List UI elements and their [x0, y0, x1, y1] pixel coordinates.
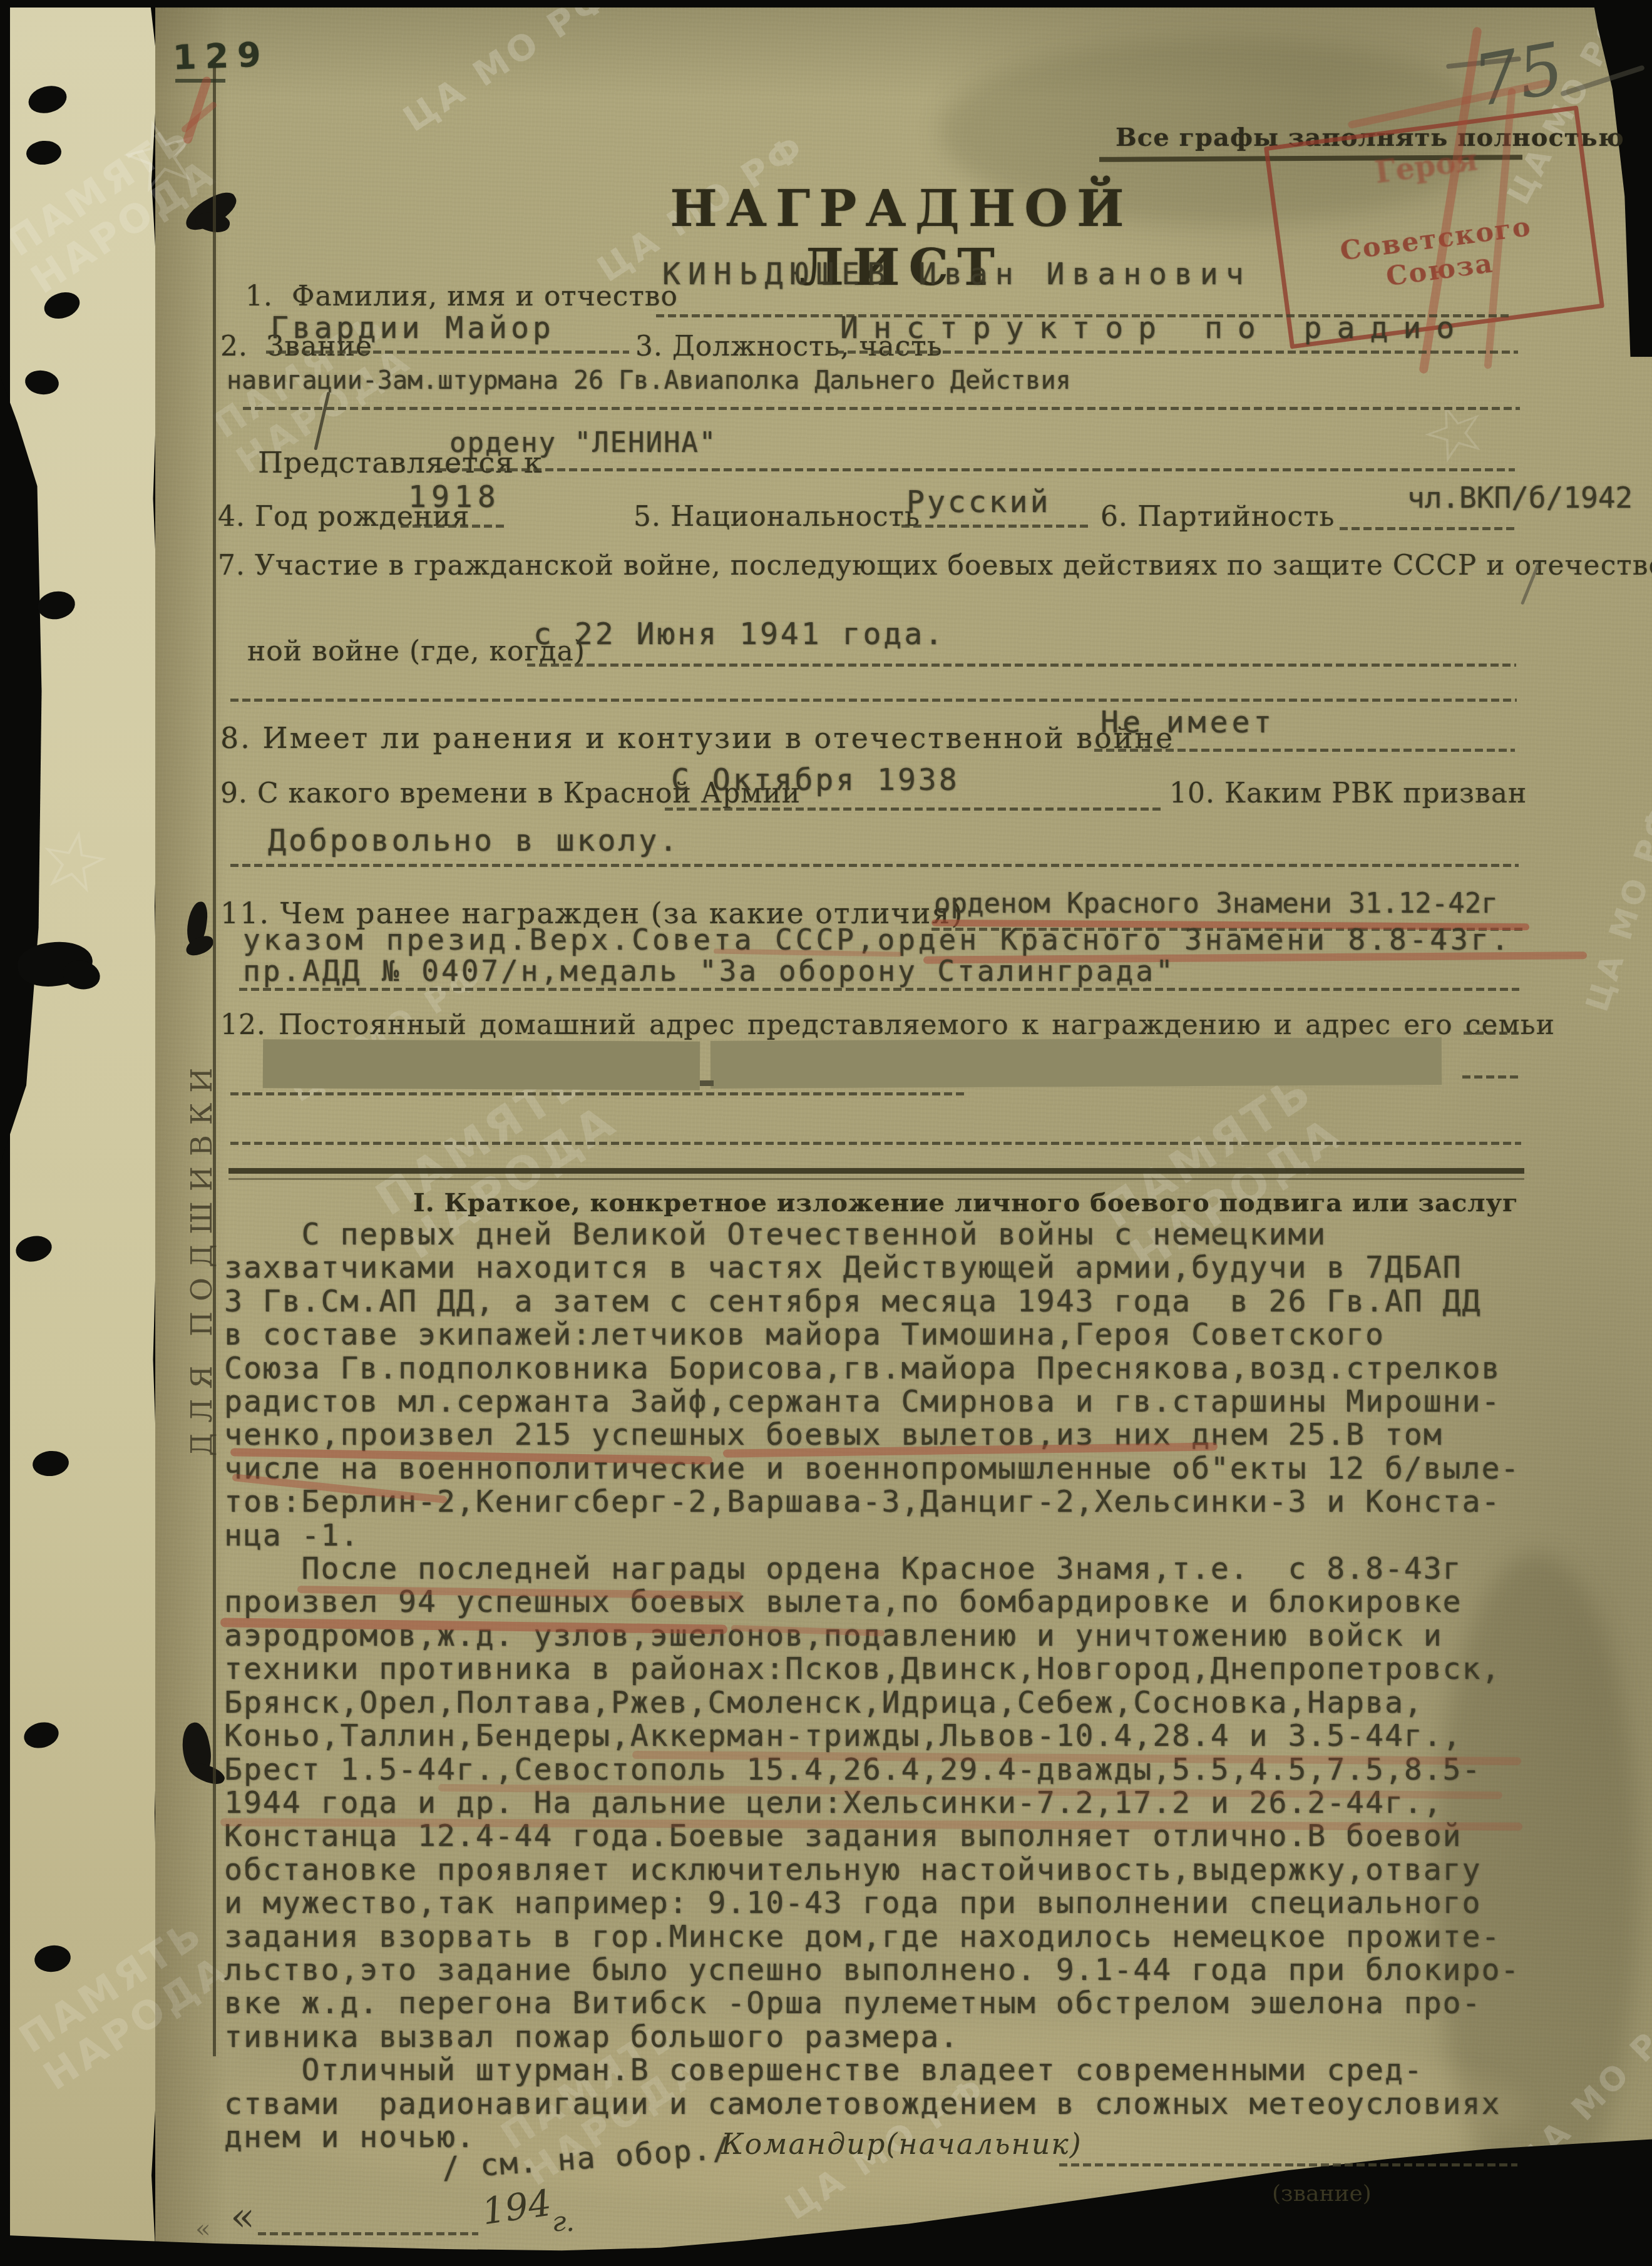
form-rule	[266, 351, 629, 354]
field-party-value: чл.ВКП/б/1942	[1407, 481, 1633, 515]
form-rule	[243, 407, 1520, 410]
form-rule	[401, 525, 504, 528]
leaf-number-underline	[175, 79, 225, 83]
field-nationality-value: Русский	[906, 484, 1050, 520]
form-rule	[836, 351, 1518, 354]
field-birthyear-value: 1918	[408, 479, 501, 515]
redaction-dash	[700, 1080, 714, 1086]
field-prior-awards-value-line3: пр.АДД № 0407/н,медаль "За оборону Стали…	[243, 954, 1176, 988]
form-rule	[1340, 527, 1518, 530]
signature-rule	[1059, 2163, 1517, 2166]
filing-strip-label: ДЛЯ ПОДШИВКИ	[185, 975, 213, 1539]
field-participation-value: с 22 Июня 1941 года.	[533, 617, 945, 652]
field-award-label: Представляется к	[258, 446, 543, 479]
field-wounds-value: Не имеет	[1100, 705, 1275, 740]
hero-stamp-line1: Героя	[1271, 129, 1581, 204]
form-rule	[665, 807, 1162, 811]
form-rule	[230, 864, 1519, 867]
section-divider	[228, 1168, 1524, 1174]
rank-caption: (звание)	[1272, 2181, 1372, 2207]
form-rule	[230, 699, 1517, 702]
form-rule	[1464, 1032, 1519, 1035]
form-rule	[230, 1142, 1521, 1145]
field-prior-awards-value-line1: орденом Красного Знамени 31.12-42г	[934, 888, 1498, 920]
leaf-number-stamp: 129	[172, 34, 270, 77]
field-rank-value: Гвардии Майор	[270, 310, 555, 346]
field-participation-label-line1: 7. Участие в гражданской войне, последую…	[218, 550, 1652, 582]
section-divider-thin	[228, 1178, 1524, 1180]
redaction-block	[263, 1039, 700, 1090]
field-party-label: 6. Партийность	[1100, 501, 1335, 533]
under-sheet-torn-strip	[8, 0, 164, 2266]
year-suffix: г.	[552, 2206, 575, 2238]
field-rvk-value: Добровольно в школу.	[268, 823, 680, 858]
section1-body-text: С первых дней Великой Отечественной войн…	[224, 1218, 1520, 2154]
scan-edge-top	[0, 0, 1652, 8]
field-position-value-line1: Инструктор по радио	[840, 310, 1469, 346]
section1-heading: I. Краткое, конкретное изложение личного…	[413, 1188, 1340, 1218]
form-rule	[1094, 749, 1515, 752]
field-nationality-label: 5. Национальность	[634, 501, 920, 533]
date-quote-mark-faint: «	[195, 2215, 210, 2243]
form-rule	[1462, 1075, 1519, 1079]
form-rule	[438, 468, 1515, 471]
field-rvk-label: 10. Каким РВК призван	[1169, 777, 1527, 809]
form-rule	[230, 1092, 968, 1095]
scanned-award-document: { "archive": { "leaf_number": "129", "pa…	[0, 0, 1652, 2266]
date-quote-mark: «	[230, 2194, 255, 2240]
form-rule	[239, 988, 1519, 991]
field-name-label: 1. Фамилия, имя и отчество	[245, 280, 678, 312]
field-name-value: КИНЬДЮШЕВ Иван Иванович	[662, 257, 1251, 292]
date-rule	[258, 2232, 478, 2235]
field-address-label: 12. Постоянный домашний адрес представля…	[220, 1009, 1555, 1041]
form-rule	[901, 525, 1089, 528]
field-service-value: С Октября 1938	[671, 762, 960, 797]
form-rule	[527, 664, 1516, 667]
redaction-block	[711, 1037, 1442, 1089]
field-position-value-line2: навигации-Зам.штурмана 26 Гв.Авиаполка Д…	[227, 366, 1071, 395]
field-wounds-label: 8. Имеет ли ранения и контузии в отечест…	[220, 721, 1174, 755]
commander-label: Командир(начальник)	[721, 2127, 1082, 2161]
